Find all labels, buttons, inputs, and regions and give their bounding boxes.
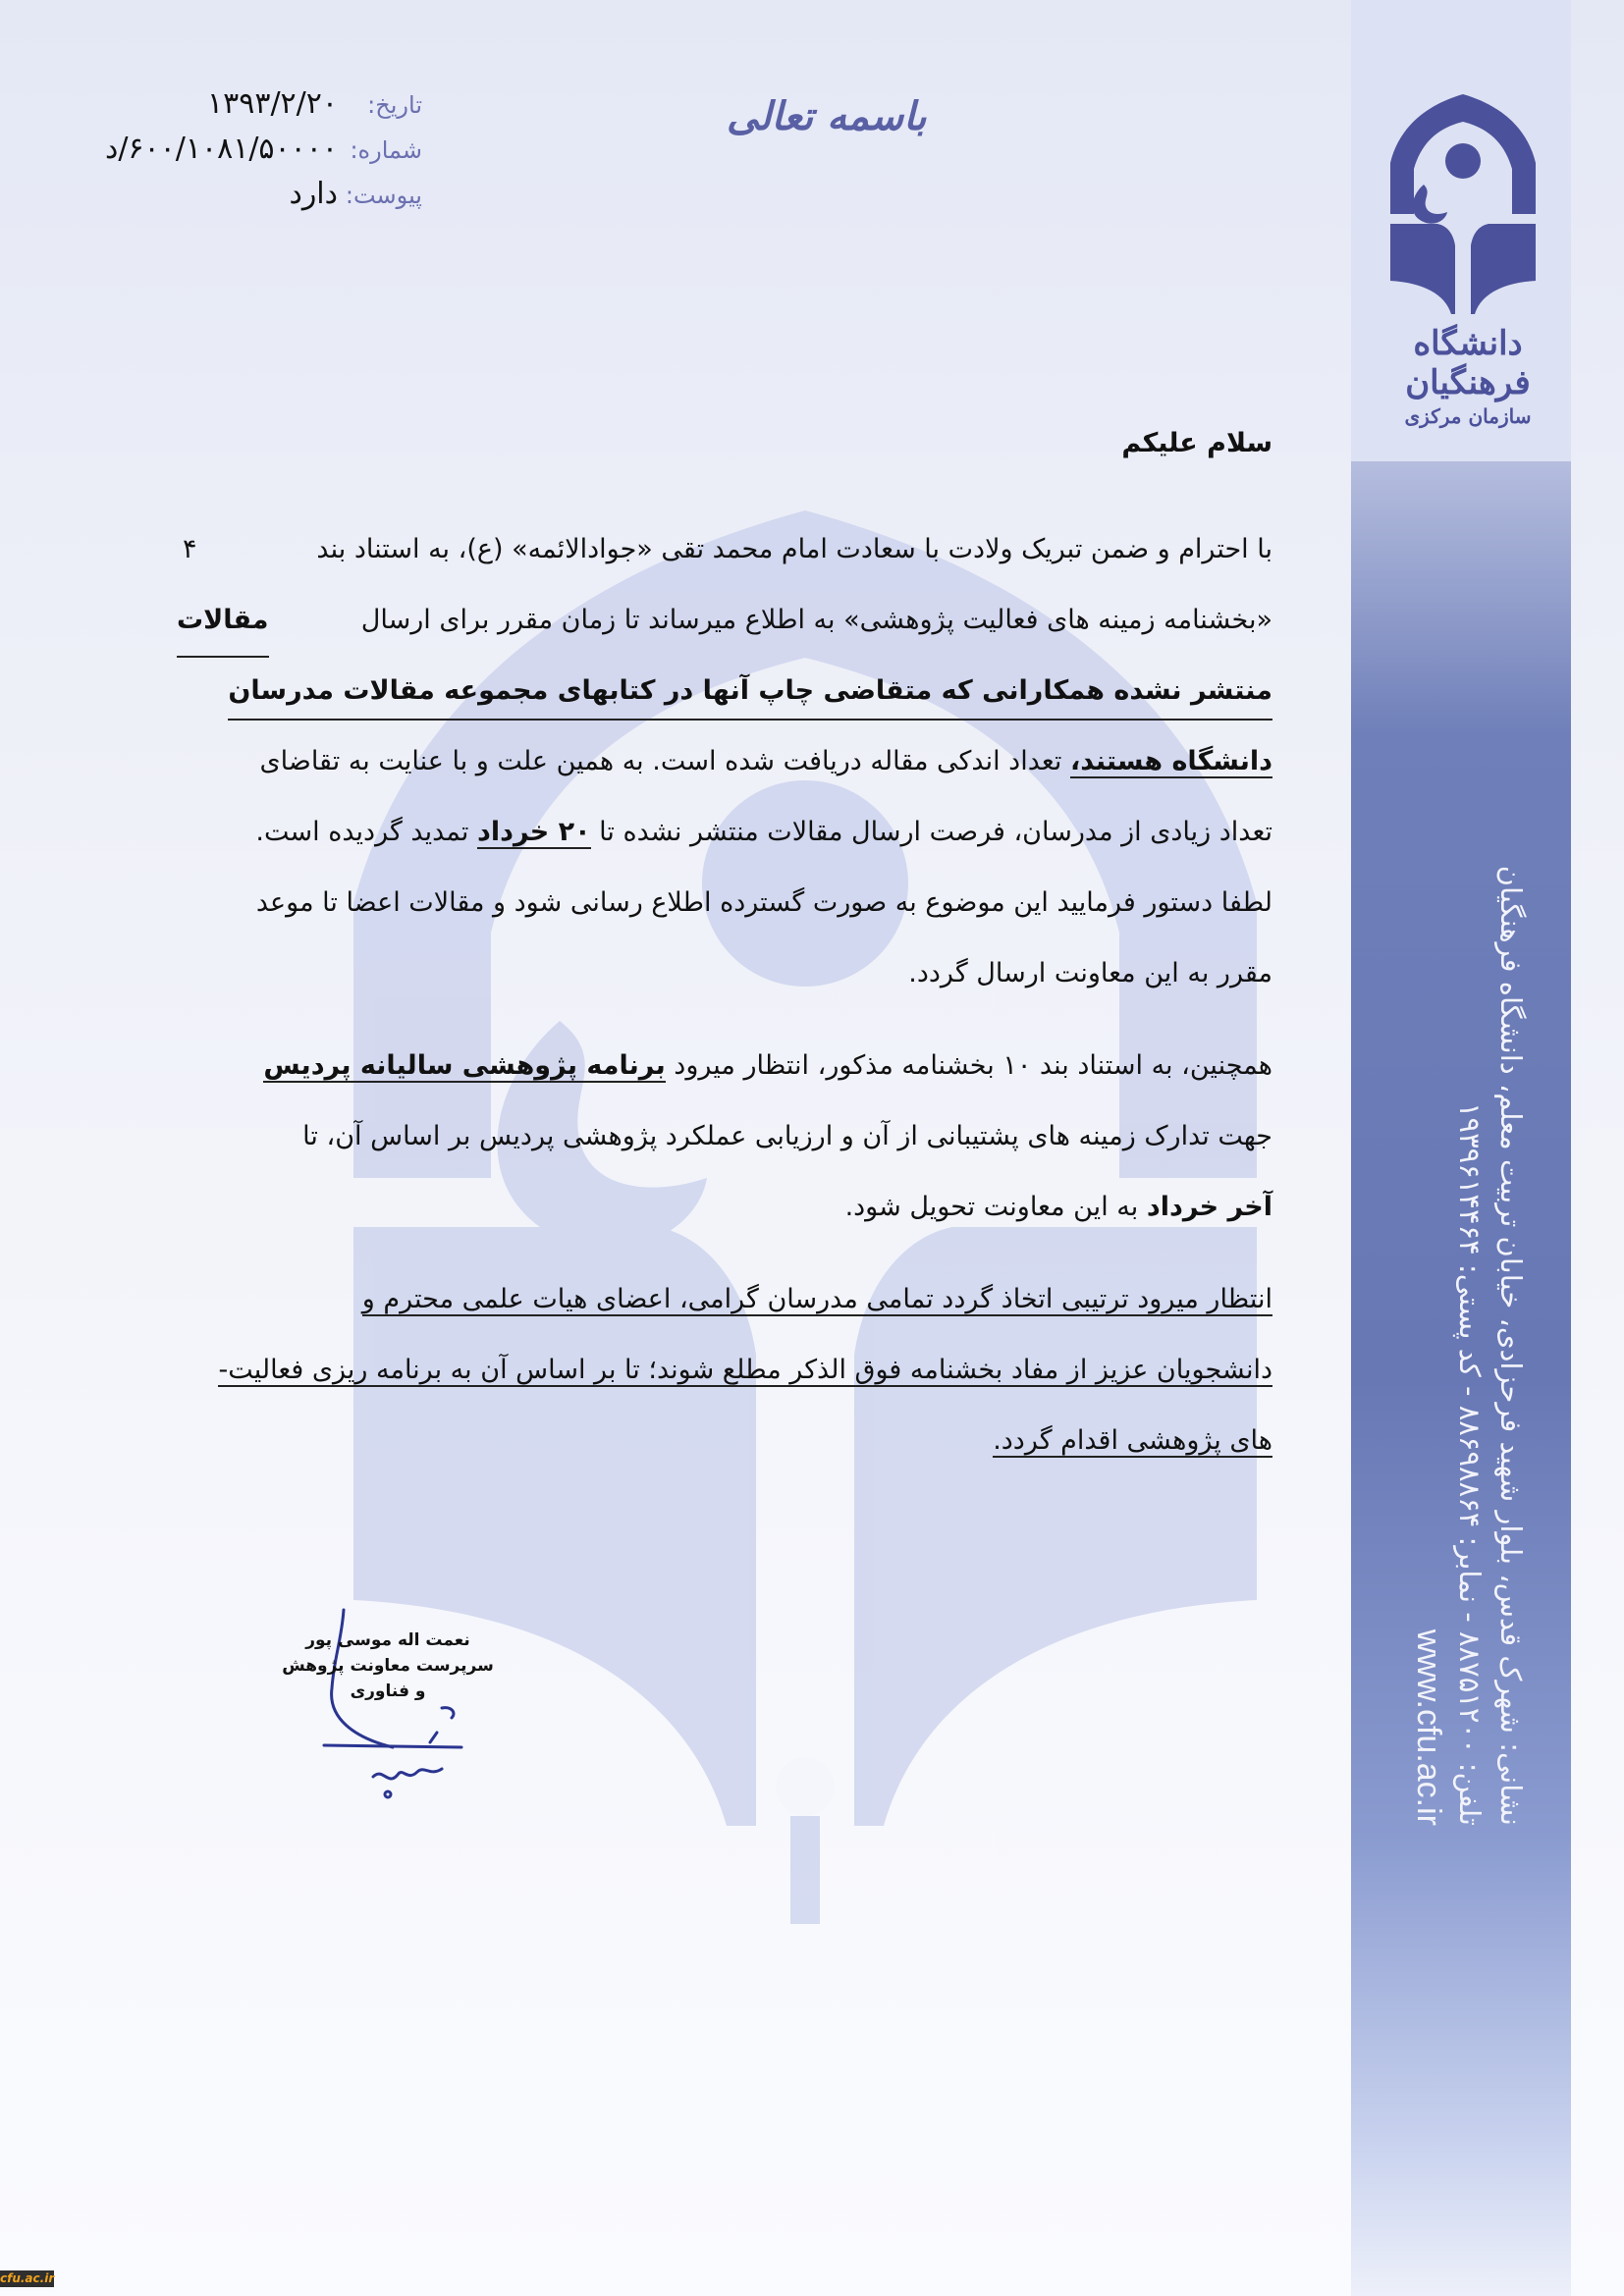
sidebar-contact-block: نشانی: شهرک قدس، بلوار شهید فرحزادی، خیا… <box>1404 805 1532 1826</box>
date-value: ۱۳۹۳/۲/۲۰ <box>207 86 338 121</box>
invocation-heading: باسمه تعالی <box>727 93 926 139</box>
clause-number: ۴ <box>183 514 197 585</box>
text-line: های پژوهشی اقدام گردد. <box>177 1406 1272 1476</box>
source-watermark-badge: cfu.ac.ir <box>0 2270 54 2287</box>
deadline-date: ۲۰ خرداد <box>477 817 591 849</box>
bold-underlined-text: برنامه پژوهشی سالیانه پردیس <box>263 1050 665 1083</box>
text-line: آخر خرداد به این معاونت تحویل شود. <box>177 1172 1272 1243</box>
text-line: جهت تدارک زمینه های پشتیبانی از آن و ارز… <box>177 1101 1272 1172</box>
text-line: لطفا دستور فرمایید این موضوع به صورت گست… <box>177 868 1272 938</box>
signature-block: نعمت اله موسی پور سرپرست معاونت پژوهش و … <box>275 1628 501 1704</box>
text-line: با احترام و ضمن تبریک ولادت با سعادت اما… <box>177 514 1272 585</box>
paragraph-3: انتظار میرود ترتیبی اتخاذ گردد تمامی مدر… <box>177 1264 1272 1476</box>
paragraph-1: با احترام و ضمن تبریک ولادت با سعادت اما… <box>177 514 1272 1009</box>
attachment-value: دارد <box>289 177 338 211</box>
text-line: تعداد زیادی از مدرسان، فرصت ارسال مقالات… <box>177 797 1272 868</box>
text-line: منتشر نشده همکارانی که متقاضی چاپ آنها د… <box>177 656 1272 726</box>
university-logo-icon <box>1375 86 1551 322</box>
website-link[interactable]: www.cfu.ac.ir <box>1408 805 1449 1826</box>
salutation: سلام علیکم <box>1121 428 1272 458</box>
letter-meta: تاریخ: ۱۳۹۳/۲/۲۰ شماره: ۶۰۰/۱۰۸۱/۵۰۰۰۰/د… <box>59 86 422 222</box>
bold-underlined-text: دانشگاه هستند، <box>1070 746 1272 778</box>
text-line: دانشجویان عزیز از مفاد بخشنامه فوق الذکر… <box>177 1335 1272 1406</box>
bold-underlined-text: مقالات <box>177 585 269 658</box>
address-text: نشانی: شهرک قدس، بلوار شهید فرحزادی، خیا… <box>1490 805 1532 1826</box>
date-row: تاریخ: ۱۳۹۳/۲/۲۰ <box>59 86 422 132</box>
number-value: ۶۰۰/۱۰۸۱/۵۰۰۰۰/د <box>105 132 338 166</box>
bold-text: آخر خرداد <box>1147 1192 1272 1222</box>
text-line: دانشگاه هستند، تعداد اندکی مقاله دریافت … <box>177 726 1272 797</box>
letter-body: با احترام و ضمن تبریک ولادت با سعادت اما… <box>177 514 1272 1476</box>
text-line: همچنین، به استناد بند ۱۰ بخشنامه مذکور، … <box>177 1031 1272 1101</box>
text-line: مقرر به این معاونت ارسال گردد. <box>177 938 1272 1009</box>
organization-unit: سازمان مرکزی <box>1370 404 1566 428</box>
number-row: شماره: ۶۰۰/۱۰۸۱/۵۰۰۰۰/د <box>59 132 422 177</box>
phone-fax-postal-text: تلفن: ۸۸۷۵۱۲۰۰ - نمابر: ۸۸۶۹۸۸۶۴ - کد پس… <box>1449 805 1490 1826</box>
date-label: تاریخ: <box>353 91 422 119</box>
signatory-name: نعمت اله موسی پور <box>275 1628 501 1653</box>
text-line: انتظار میرود ترتیبی اتخاذ گردد تمامی مدر… <box>177 1264 1272 1335</box>
logo-text: دانشگاه فرهنگیان سازمان مرکزی <box>1370 324 1566 428</box>
university-name: دانشگاه فرهنگیان <box>1370 324 1566 402</box>
attachment-row: پیوست: دارد <box>59 177 422 222</box>
attachment-label: پیوست: <box>353 182 422 209</box>
paragraph-2: همچنین، به استناد بند ۱۰ بخشنامه مذکور، … <box>177 1031 1272 1243</box>
text-line: «بخشنامه زمینه های فعالیت پژوهشی» به اطل… <box>177 585 1272 656</box>
signatory-title: سرپرست معاونت پژوهش و فناوری <box>275 1653 501 1704</box>
bold-underlined-text: منتشر نشده همکارانی که متقاضی چاپ آنها د… <box>228 664 1272 721</box>
number-label: شماره: <box>353 136 422 164</box>
